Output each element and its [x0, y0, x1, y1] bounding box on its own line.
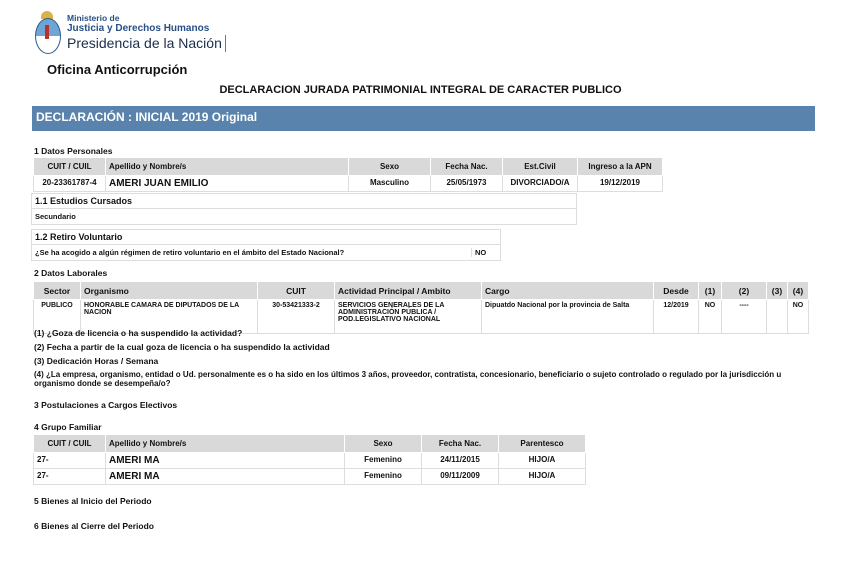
col-estcivil: Est.Civil [503, 158, 578, 176]
section-datos-personales: 1 Datos Personales [34, 146, 112, 156]
section-bienes-cierre: 6 Bienes al Cierre del Periodo [34, 521, 154, 531]
note-1: (1) ¿Goza de licencia o ha suspendido la… [34, 328, 242, 338]
ministry-line2: Justicia y Derechos Humanos [67, 23, 226, 35]
estudios-box: 1.1 Estudios Cursados Secundario [31, 193, 577, 225]
table-row: 20-23361787-4 AMERI JUAN EMILIO Masculin… [34, 176, 663, 192]
retiro-box: 1.2 Retiro Voluntario ¿Se ha acogido a a… [31, 229, 501, 261]
section-datos-laborales: 2 Datos Laborales [34, 268, 107, 278]
retiro-question: ¿Se ha acogido a algún régimen de retiro… [35, 248, 471, 257]
personal-data-table: CUIT / CUIL Apellido y Nombre/s Sexo Fec… [33, 157, 663, 192]
section-postulaciones: 3 Postulaciones a Cargos Electivos [34, 400, 177, 410]
office-name: Oficina Anticorrupción [47, 62, 187, 77]
declaration-page: Ministerio de Justicia y Derechos Humano… [0, 0, 841, 580]
section-grupo-familiar: 4 Grupo Familiar [34, 422, 102, 432]
section-bienes-inicio: 5 Bienes al Inicio del Periodo [34, 496, 152, 506]
argentina-coat-of-arms-icon [34, 11, 60, 53]
ministry-logo: Ministerio de Justicia y Derechos Humano… [34, 11, 226, 53]
note-3: (3) Dedicación Horas / Semana [34, 356, 158, 366]
family-table: CUIT / CUIL Apellido y Nombre/s Sexo Fec… [33, 434, 586, 485]
col-fecha: Fecha Nac. [431, 158, 503, 176]
table-row: 27- AMERI MA Femenino 09/11/2009 HIJO/A [34, 469, 586, 485]
declaration-banner: DECLARACIÓN : INICIAL 2019 Original [32, 106, 815, 131]
estudios-value: Secundario [32, 209, 576, 224]
note-2: (2) Fecha a partir de la cual goza de li… [34, 342, 330, 352]
retiro-title: 1.2 Retiro Voluntario [32, 230, 500, 245]
estudios-title: 1.1 Estudios Cursados [32, 194, 576, 209]
work-data-table: Sector Organismo CUIT Actividad Principa… [33, 281, 809, 334]
ministry-line3: Presidencia de la Nación [67, 35, 226, 52]
col-cuit: CUIT / CUIL [34, 158, 106, 176]
document-title: DECLARACION JURADA PATRIMONIAL INTEGRAL … [0, 84, 841, 96]
note-4: (4) ¿La empresa, organismo, entidad o Ud… [34, 370, 804, 388]
col-nombre: Apellido y Nombre/s [106, 158, 349, 176]
ministry-line1: Ministerio de [67, 13, 226, 23]
table-row: 27- AMERI MA Femenino 24/11/2015 HIJO/A [34, 453, 586, 469]
col-sexo: Sexo [349, 158, 431, 176]
retiro-answer: NO [471, 248, 497, 257]
col-ingreso: Ingreso a la APN [578, 158, 663, 176]
